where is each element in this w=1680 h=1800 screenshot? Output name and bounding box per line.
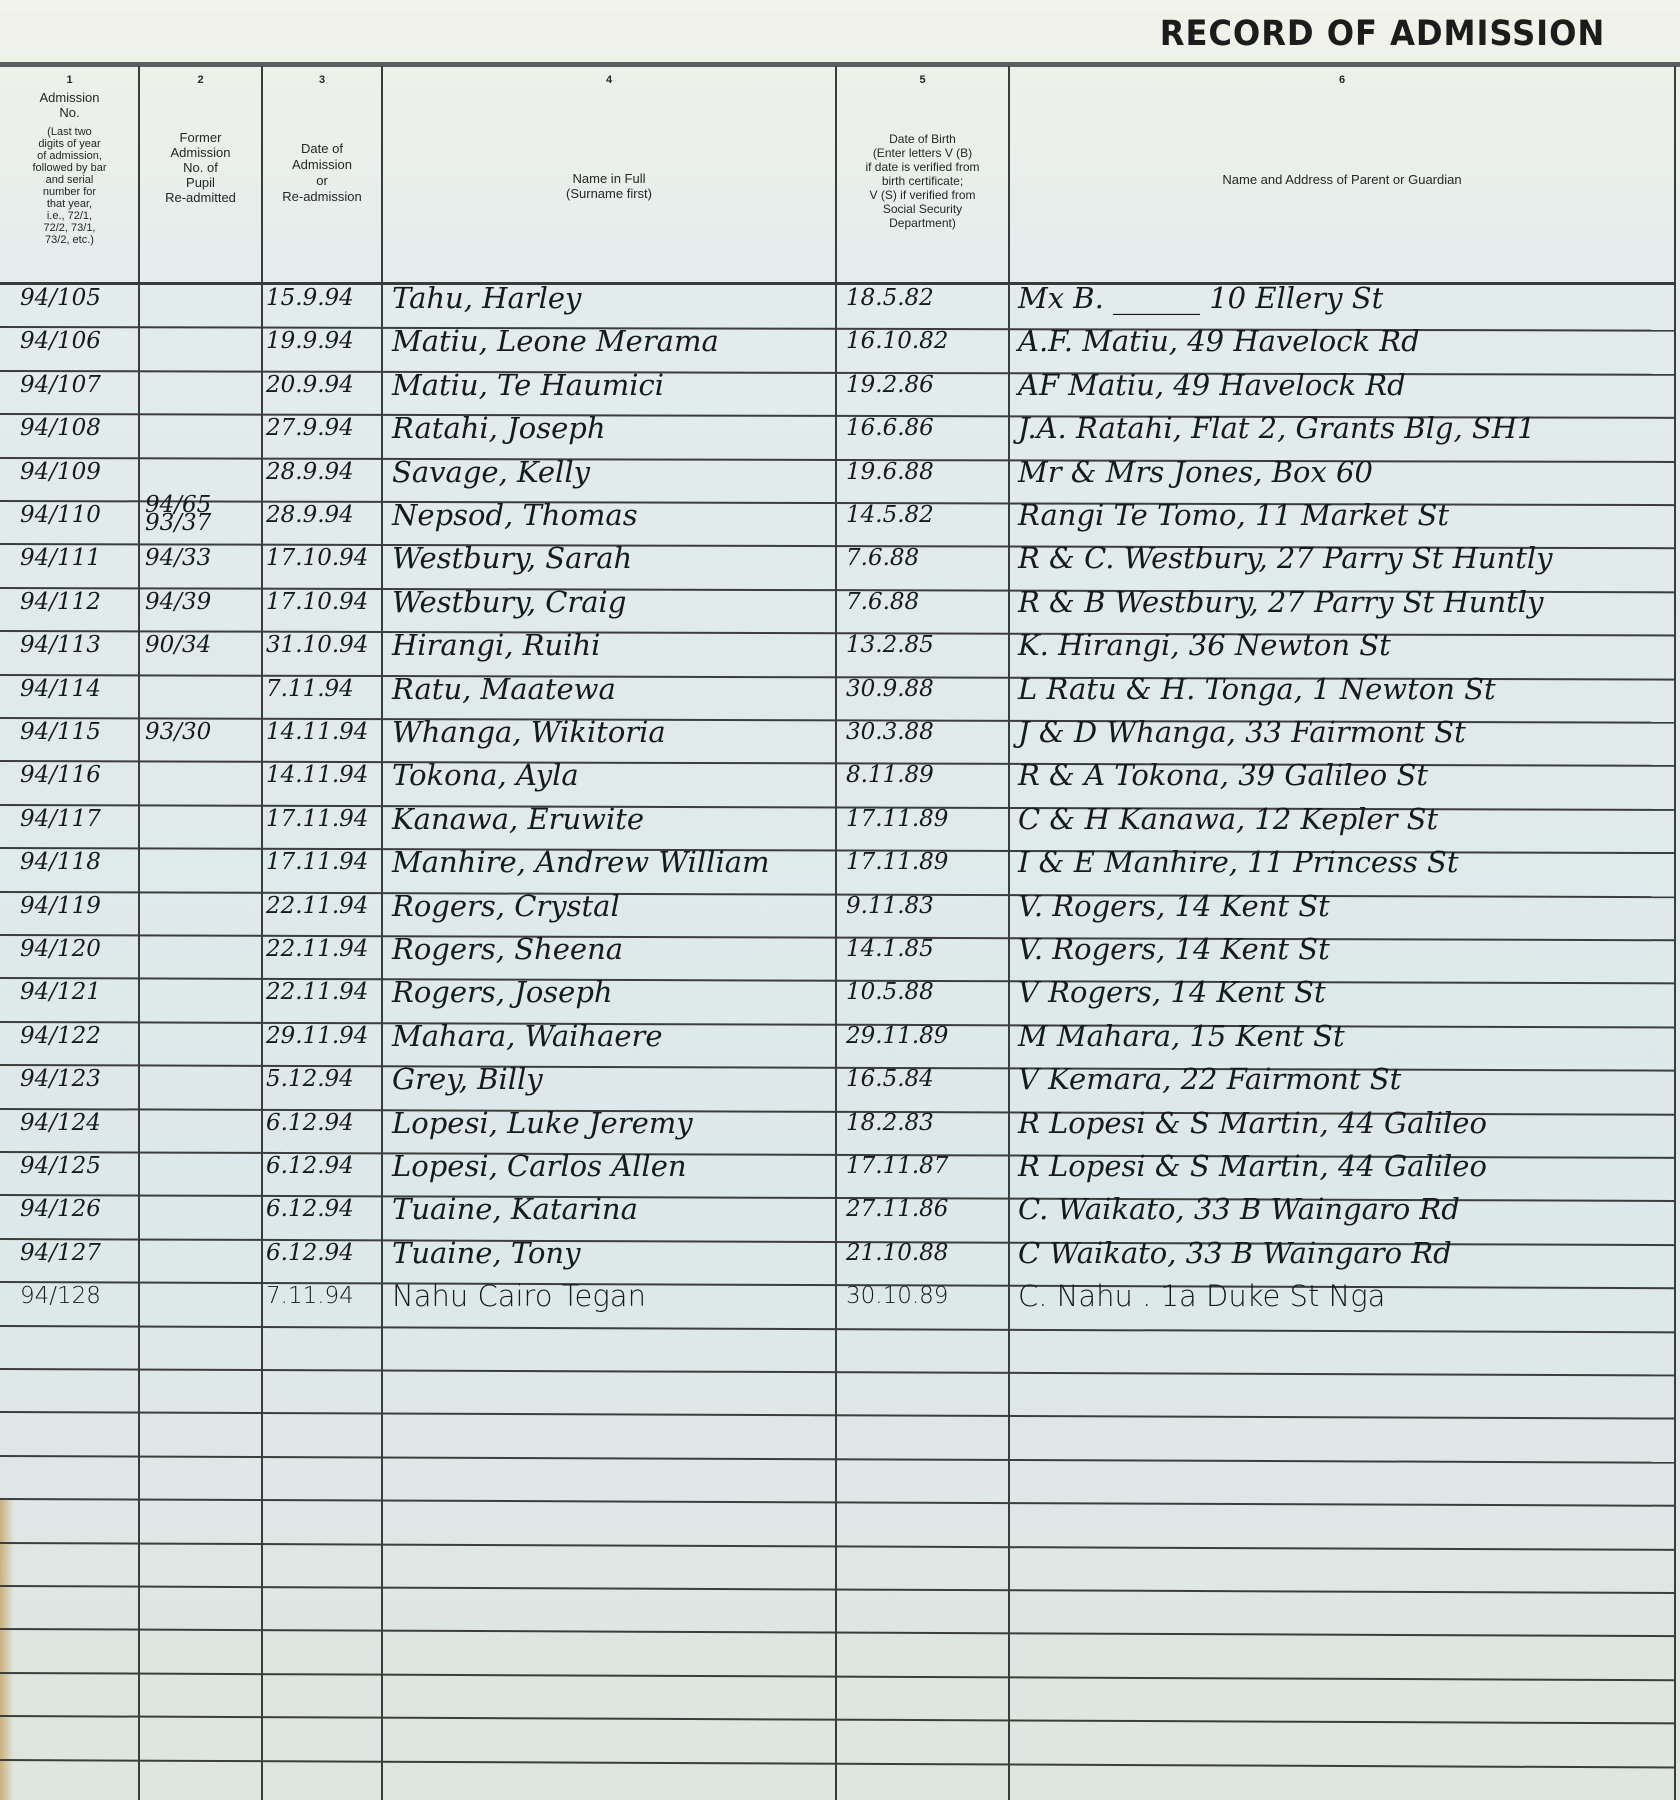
admission-no-cell: 94/115 xyxy=(20,711,138,754)
former-admission-no-cell xyxy=(145,798,260,841)
header-line: No. xyxy=(0,105,139,120)
pupil-name-cell: Matiu, Te Haumici xyxy=(392,364,832,407)
date-of-admission-cell: 15.9.94 xyxy=(266,277,381,320)
date-of-admission-cell: 6.12.94 xyxy=(266,1188,381,1231)
parent-guardian-cell: AF Matiu, 49 Havelock Rd xyxy=(1018,364,1673,407)
column-header-former-admission: 2 FormerAdmissionNo. ofPupilRe-admitted xyxy=(139,66,262,282)
admission-no-cell: 94/106 xyxy=(20,320,138,363)
pupil-name-cell: Manhire, Andrew William xyxy=(392,841,832,884)
admission-no-cell: 94/126 xyxy=(20,1188,138,1231)
parent-guardian-cell: L Ratu & H. Tonga, 1 Newton St xyxy=(1018,668,1673,711)
pupil-name-cell: Whanga, Wikitoria xyxy=(392,711,832,754)
parent-guardian-cell: R & C. Westbury, 27 Parry St Huntly xyxy=(1018,537,1673,580)
former-admission-no-cell xyxy=(145,754,260,797)
header-line: if date is verified from xyxy=(836,160,1009,174)
header-line: Admission xyxy=(262,157,382,173)
former-admission-no-cell xyxy=(145,885,260,928)
header-line: Pupil xyxy=(139,175,262,190)
column-number: 2 xyxy=(139,74,262,86)
former-admission-no-cell: 94/39 xyxy=(145,581,260,624)
date-of-birth-cell: 14.5.82 xyxy=(846,494,1006,537)
former-admission-no-cell: 94/33 xyxy=(145,537,260,580)
pupil-name-cell: Savage, Kelly xyxy=(392,451,832,494)
date-of-birth-cell: 17.11.89 xyxy=(846,841,1006,884)
column-header-parent-guardian: 6 Name and Address of Parent or Guardian xyxy=(1009,66,1675,282)
admission-no-cell: 94/127 xyxy=(20,1232,138,1275)
header-line: digits of year xyxy=(0,138,139,150)
admission-no-cell: 94/105 xyxy=(20,277,138,320)
date-of-birth-cell: 16.10.82 xyxy=(846,320,1006,363)
header-line: (Surname first) xyxy=(382,186,836,201)
column-header-name-in-full: 4 Name in Full(Surname first) xyxy=(382,66,836,282)
pupil-name-cell: Lopesi, Luke Jeremy xyxy=(392,1102,832,1145)
date-of-birth-cell: 7.6.88 xyxy=(846,581,1006,624)
column-number: 5 xyxy=(836,74,1009,86)
date-of-admission-cell: 5.12.94 xyxy=(266,1058,381,1101)
date-of-birth-cell: 30.3.88 xyxy=(846,711,1006,754)
date-of-birth-cell: 18.2.83 xyxy=(846,1102,1006,1145)
parent-guardian-cell: M Mahara, 15 Kent St xyxy=(1018,1015,1673,1058)
column-divider xyxy=(835,66,837,1800)
admission-no-cell: 94/118 xyxy=(20,841,138,884)
header-line: followed by bar xyxy=(0,162,139,174)
date-of-birth-cell: 10.5.88 xyxy=(846,971,1006,1014)
pupil-name-cell: Tahu, Harley xyxy=(392,277,832,320)
column-title: Name and Address of Parent or Guardian xyxy=(1009,174,1675,187)
date-of-admission-cell: 6.12.94 xyxy=(266,1145,381,1188)
header-line: Name and Address of Parent or Guardian xyxy=(1009,174,1675,187)
header-line: Department) xyxy=(836,216,1009,230)
pupil-name-cell: Mahara, Waihaere xyxy=(392,1015,832,1058)
parent-guardian-cell: A.F. Matiu, 49 Havelock Rd xyxy=(1018,320,1673,363)
pupil-name-cell: Tuaine, Katarina xyxy=(392,1188,832,1231)
page-edge-shadow xyxy=(0,1500,14,1800)
header-line: (Last two xyxy=(0,126,139,138)
header-line: that year, xyxy=(0,198,139,210)
date-of-birth-cell: 18.5.82 xyxy=(846,277,1006,320)
pupil-name-cell: Kanawa, Eruwite xyxy=(392,798,832,841)
column-title: Date ofAdmissionorRe-admission xyxy=(262,141,382,205)
date-of-admission-cell: 20.9.94 xyxy=(266,364,381,407)
admission-no-cell: 94/123 xyxy=(20,1058,138,1101)
parent-guardian-cell: C Waikato, 33 B Waingaro Rd xyxy=(1018,1232,1673,1275)
pupil-name-cell: Rogers, Sheena xyxy=(392,928,832,971)
column-title: Date of Birth(Enter letters V (B)if date… xyxy=(836,132,1009,230)
column-title: Name in Full(Surname first) xyxy=(382,171,836,201)
former-admission-no-cell xyxy=(145,1275,260,1318)
admission-no-cell: 94/112 xyxy=(20,581,138,624)
pupil-name-cell: Tuaine, Tony xyxy=(392,1232,832,1275)
column-divider xyxy=(1008,66,1010,1800)
date-of-birth-cell: 17.11.87 xyxy=(846,1145,1006,1188)
former-admission-line: 93/37 xyxy=(145,514,260,532)
parent-guardian-cell: I & E Manhire, 11 Princess St xyxy=(1018,841,1673,884)
pupil-name-cell: Matiu, Leone Merama xyxy=(392,320,832,363)
admission-no-cell: 94/111 xyxy=(20,537,138,580)
parent-guardian-cell: R & B Westbury, 27 Parry St Huntly xyxy=(1018,581,1673,624)
date-of-admission-cell: 28.9.94 xyxy=(266,451,381,494)
pupil-name-cell: Nahu Cairo Tegan xyxy=(392,1275,832,1318)
date-of-admission-cell: 17.11.94 xyxy=(266,841,381,884)
admission-no-cell: 94/114 xyxy=(20,668,138,711)
pupil-name-cell: Hirangi, Ruihi xyxy=(392,624,832,667)
header-line: Admission xyxy=(139,145,262,160)
pupil-name-cell: Westbury, Sarah xyxy=(392,537,832,580)
column-number: 3 xyxy=(262,74,382,86)
pupil-name-cell: Grey, Billy xyxy=(392,1058,832,1101)
header-line: V (S) if verified from xyxy=(836,188,1009,202)
header-line: Name in Full xyxy=(382,171,836,186)
column-divider xyxy=(1674,66,1676,1800)
former-admission-no-cell xyxy=(145,451,260,494)
admission-no-cell: 94/125 xyxy=(20,1145,138,1188)
former-admission-no-cell xyxy=(145,668,260,711)
date-of-admission-cell: 7.11.94 xyxy=(266,668,381,711)
former-admission-no-cell: 93/30 xyxy=(145,711,260,754)
admission-no-cell: 94/108 xyxy=(20,407,138,450)
column-header-admission-no: 1 AdmissionNo. (Last twodigits of yearof… xyxy=(0,66,139,282)
parent-guardian-cell: R Lopesi & S Martin, 44 Galileo xyxy=(1018,1102,1673,1145)
date-of-birth-cell: 29.11.89 xyxy=(846,1015,1006,1058)
column-number: 1 xyxy=(0,74,139,86)
date-of-admission-cell: 22.11.94 xyxy=(266,928,381,971)
header-line: birth certificate; xyxy=(836,174,1009,188)
header-line: Admission xyxy=(0,90,139,105)
date-of-birth-cell: 27.11.86 xyxy=(846,1188,1006,1231)
column-title: AdmissionNo. xyxy=(0,90,139,120)
date-of-birth-cell: 8.11.89 xyxy=(846,754,1006,797)
date-of-birth-cell: 16.5.84 xyxy=(846,1058,1006,1101)
date-of-admission-cell: 27.9.94 xyxy=(266,407,381,450)
date-of-birth-cell: 13.2.85 xyxy=(846,624,1006,667)
page-title: RECORD OF ADMISSION xyxy=(1159,14,1605,54)
date-of-admission-cell: 22.11.94 xyxy=(266,971,381,1014)
header-line: 73/2, etc.) xyxy=(0,234,139,246)
admission-no-cell: 94/119 xyxy=(20,885,138,928)
parent-guardian-cell: V. Rogers, 14 Kent St xyxy=(1018,885,1673,928)
parent-guardian-cell: C. Waikato, 33 B Waingaro Rd xyxy=(1018,1188,1673,1231)
former-admission-no-cell: 90/34 xyxy=(145,624,260,667)
parent-guardian-cell: R & A Tokona, 39 Galileo St xyxy=(1018,754,1673,797)
parent-guardian-cell: R Lopesi & S Martin, 44 Galileo xyxy=(1018,1145,1673,1188)
former-admission-no-cell xyxy=(145,1188,260,1231)
header-line: No. of xyxy=(139,160,262,175)
former-admission-no-cell xyxy=(145,1145,260,1188)
former-admission-no-cell xyxy=(145,1232,260,1275)
admission-no-cell: 94/113 xyxy=(20,624,138,667)
date-of-admission-cell: 19.9.94 xyxy=(266,320,381,363)
column-title: FormerAdmissionNo. ofPupilRe-admitted xyxy=(139,130,262,205)
date-of-birth-cell: 14.1.85 xyxy=(846,928,1006,971)
header-line: (Enter letters V (B) xyxy=(836,146,1009,160)
parent-guardian-cell: C. Nahu . 1a Duke St Nga xyxy=(1018,1275,1673,1318)
former-admission-no-cell xyxy=(145,841,260,884)
column-header-date-of-birth: 5 Date of Birth(Enter letters V (B)if da… xyxy=(836,66,1009,282)
date-of-birth-cell: 16.6.86 xyxy=(846,407,1006,450)
header-line: or xyxy=(262,173,382,189)
header-line: of admission, xyxy=(0,150,139,162)
date-of-admission-cell: 17.10.94 xyxy=(266,537,381,580)
pupil-name-cell: Nepsod, Thomas xyxy=(392,494,832,537)
former-admission-no-cell xyxy=(145,1015,260,1058)
former-admission-no-cell xyxy=(145,320,260,363)
column-number: 6 xyxy=(1009,74,1675,86)
date-of-birth-cell: 7.6.88 xyxy=(846,537,1006,580)
header-line: i.e., 72/1, xyxy=(0,210,139,222)
parent-guardian-cell: J.A. Ratahi, Flat 2, Grants Blg, SH1 xyxy=(1018,407,1673,450)
pupil-name-cell: Tokona, Ayla xyxy=(392,754,832,797)
former-admission-no-cell xyxy=(145,407,260,450)
header-line: and serial xyxy=(0,174,139,186)
date-of-birth-cell: 17.11.89 xyxy=(846,798,1006,841)
pupil-name-cell: Ratahi, Joseph xyxy=(392,407,832,450)
admission-no-cell: 94/116 xyxy=(20,754,138,797)
date-of-admission-cell: 28.9.94 xyxy=(266,494,381,537)
date-of-admission-cell: 7.11.94 xyxy=(266,1275,381,1318)
admission-no-cell: 94/109 xyxy=(20,451,138,494)
header-line: Former xyxy=(139,130,262,145)
former-admission-no-cell: 94/6593/37 xyxy=(145,494,260,539)
parent-guardian-cell: Mr & Mrs Jones, Box 60 xyxy=(1018,451,1673,494)
date-of-birth-cell: 19.6.88 xyxy=(846,451,1006,494)
pupil-name-cell: Westbury, Craig xyxy=(392,581,832,624)
parent-guardian-cell: V. Rogers, 14 Kent St xyxy=(1018,928,1673,971)
date-of-admission-cell: 6.12.94 xyxy=(266,1232,381,1275)
parent-guardian-cell: V Kemara, 22 Fairmont St xyxy=(1018,1058,1673,1101)
date-of-admission-cell: 22.11.94 xyxy=(266,885,381,928)
date-of-admission-cell: 17.11.94 xyxy=(266,798,381,841)
parent-guardian-cell: K. Hirangi, 36 Newton St xyxy=(1018,624,1673,667)
header-line: Date of Birth xyxy=(836,132,1009,146)
admission-no-cell: 94/121 xyxy=(20,971,138,1014)
admission-no-cell: 94/122 xyxy=(20,1015,138,1058)
admission-no-cell: 94/117 xyxy=(20,798,138,841)
pupil-name-cell: Lopesi, Carlos Allen xyxy=(392,1145,832,1188)
date-of-birth-cell: 21.10.88 xyxy=(846,1232,1006,1275)
parent-guardian-cell: Mx B. ______ 10 Ellery St xyxy=(1018,277,1673,320)
header-line: Re-admitted xyxy=(139,190,262,205)
date-of-admission-cell: 17.10.94 xyxy=(266,581,381,624)
date-of-admission-cell: 14.11.94 xyxy=(266,754,381,797)
date-of-birth-cell: 19.2.86 xyxy=(846,364,1006,407)
former-admission-no-cell xyxy=(145,1058,260,1101)
column-header-date-of-admission: 3 Date ofAdmissionorRe-admission xyxy=(262,66,382,282)
admission-no-cell: 94/128 xyxy=(20,1275,138,1318)
date-of-birth-cell: 9.11.83 xyxy=(846,885,1006,928)
admission-no-cell: 94/110 xyxy=(20,494,138,537)
header-line: Social Security xyxy=(836,202,1009,216)
header-line: 72/2, 73/1, xyxy=(0,222,139,234)
column-number: 4 xyxy=(382,74,836,86)
date-of-admission-cell: 6.12.94 xyxy=(266,1102,381,1145)
former-admission-no-cell xyxy=(145,1102,260,1145)
parent-guardian-cell: J & D Whanga, 33 Fairmont St xyxy=(1018,711,1673,754)
header-line: number for xyxy=(0,186,139,198)
date-of-birth-cell: 30.9.88 xyxy=(846,668,1006,711)
date-of-admission-cell: 31.10.94 xyxy=(266,624,381,667)
former-admission-no-cell xyxy=(145,364,260,407)
admission-no-cell: 94/120 xyxy=(20,928,138,971)
date-of-admission-cell: 14.11.94 xyxy=(266,711,381,754)
former-admission-no-cell xyxy=(145,971,260,1014)
header-line: Re-admission xyxy=(262,189,382,205)
admission-no-cell: 94/107 xyxy=(20,364,138,407)
pupil-name-cell: Rogers, Crystal xyxy=(392,885,832,928)
parent-guardian-cell: Rangi Te Tomo, 11 Market St xyxy=(1018,494,1673,537)
column-note: (Last twodigits of yearof admission,foll… xyxy=(0,126,139,246)
pupil-name-cell: Ratu, Maatewa xyxy=(392,668,832,711)
pupil-name-cell: Rogers, Joseph xyxy=(392,971,832,1014)
former-admission-no-cell xyxy=(145,277,260,320)
parent-guardian-cell: C & H Kanawa, 12 Kepler St xyxy=(1018,798,1673,841)
header-line: Date of xyxy=(262,141,382,157)
date-of-birth-cell: 30.10.89 xyxy=(846,1275,1006,1318)
parent-guardian-cell: V Rogers, 14 Kent St xyxy=(1018,971,1673,1014)
date-of-admission-cell: 29.11.94 xyxy=(266,1015,381,1058)
former-admission-no-cell xyxy=(145,928,260,971)
admission-no-cell: 94/124 xyxy=(20,1102,138,1145)
